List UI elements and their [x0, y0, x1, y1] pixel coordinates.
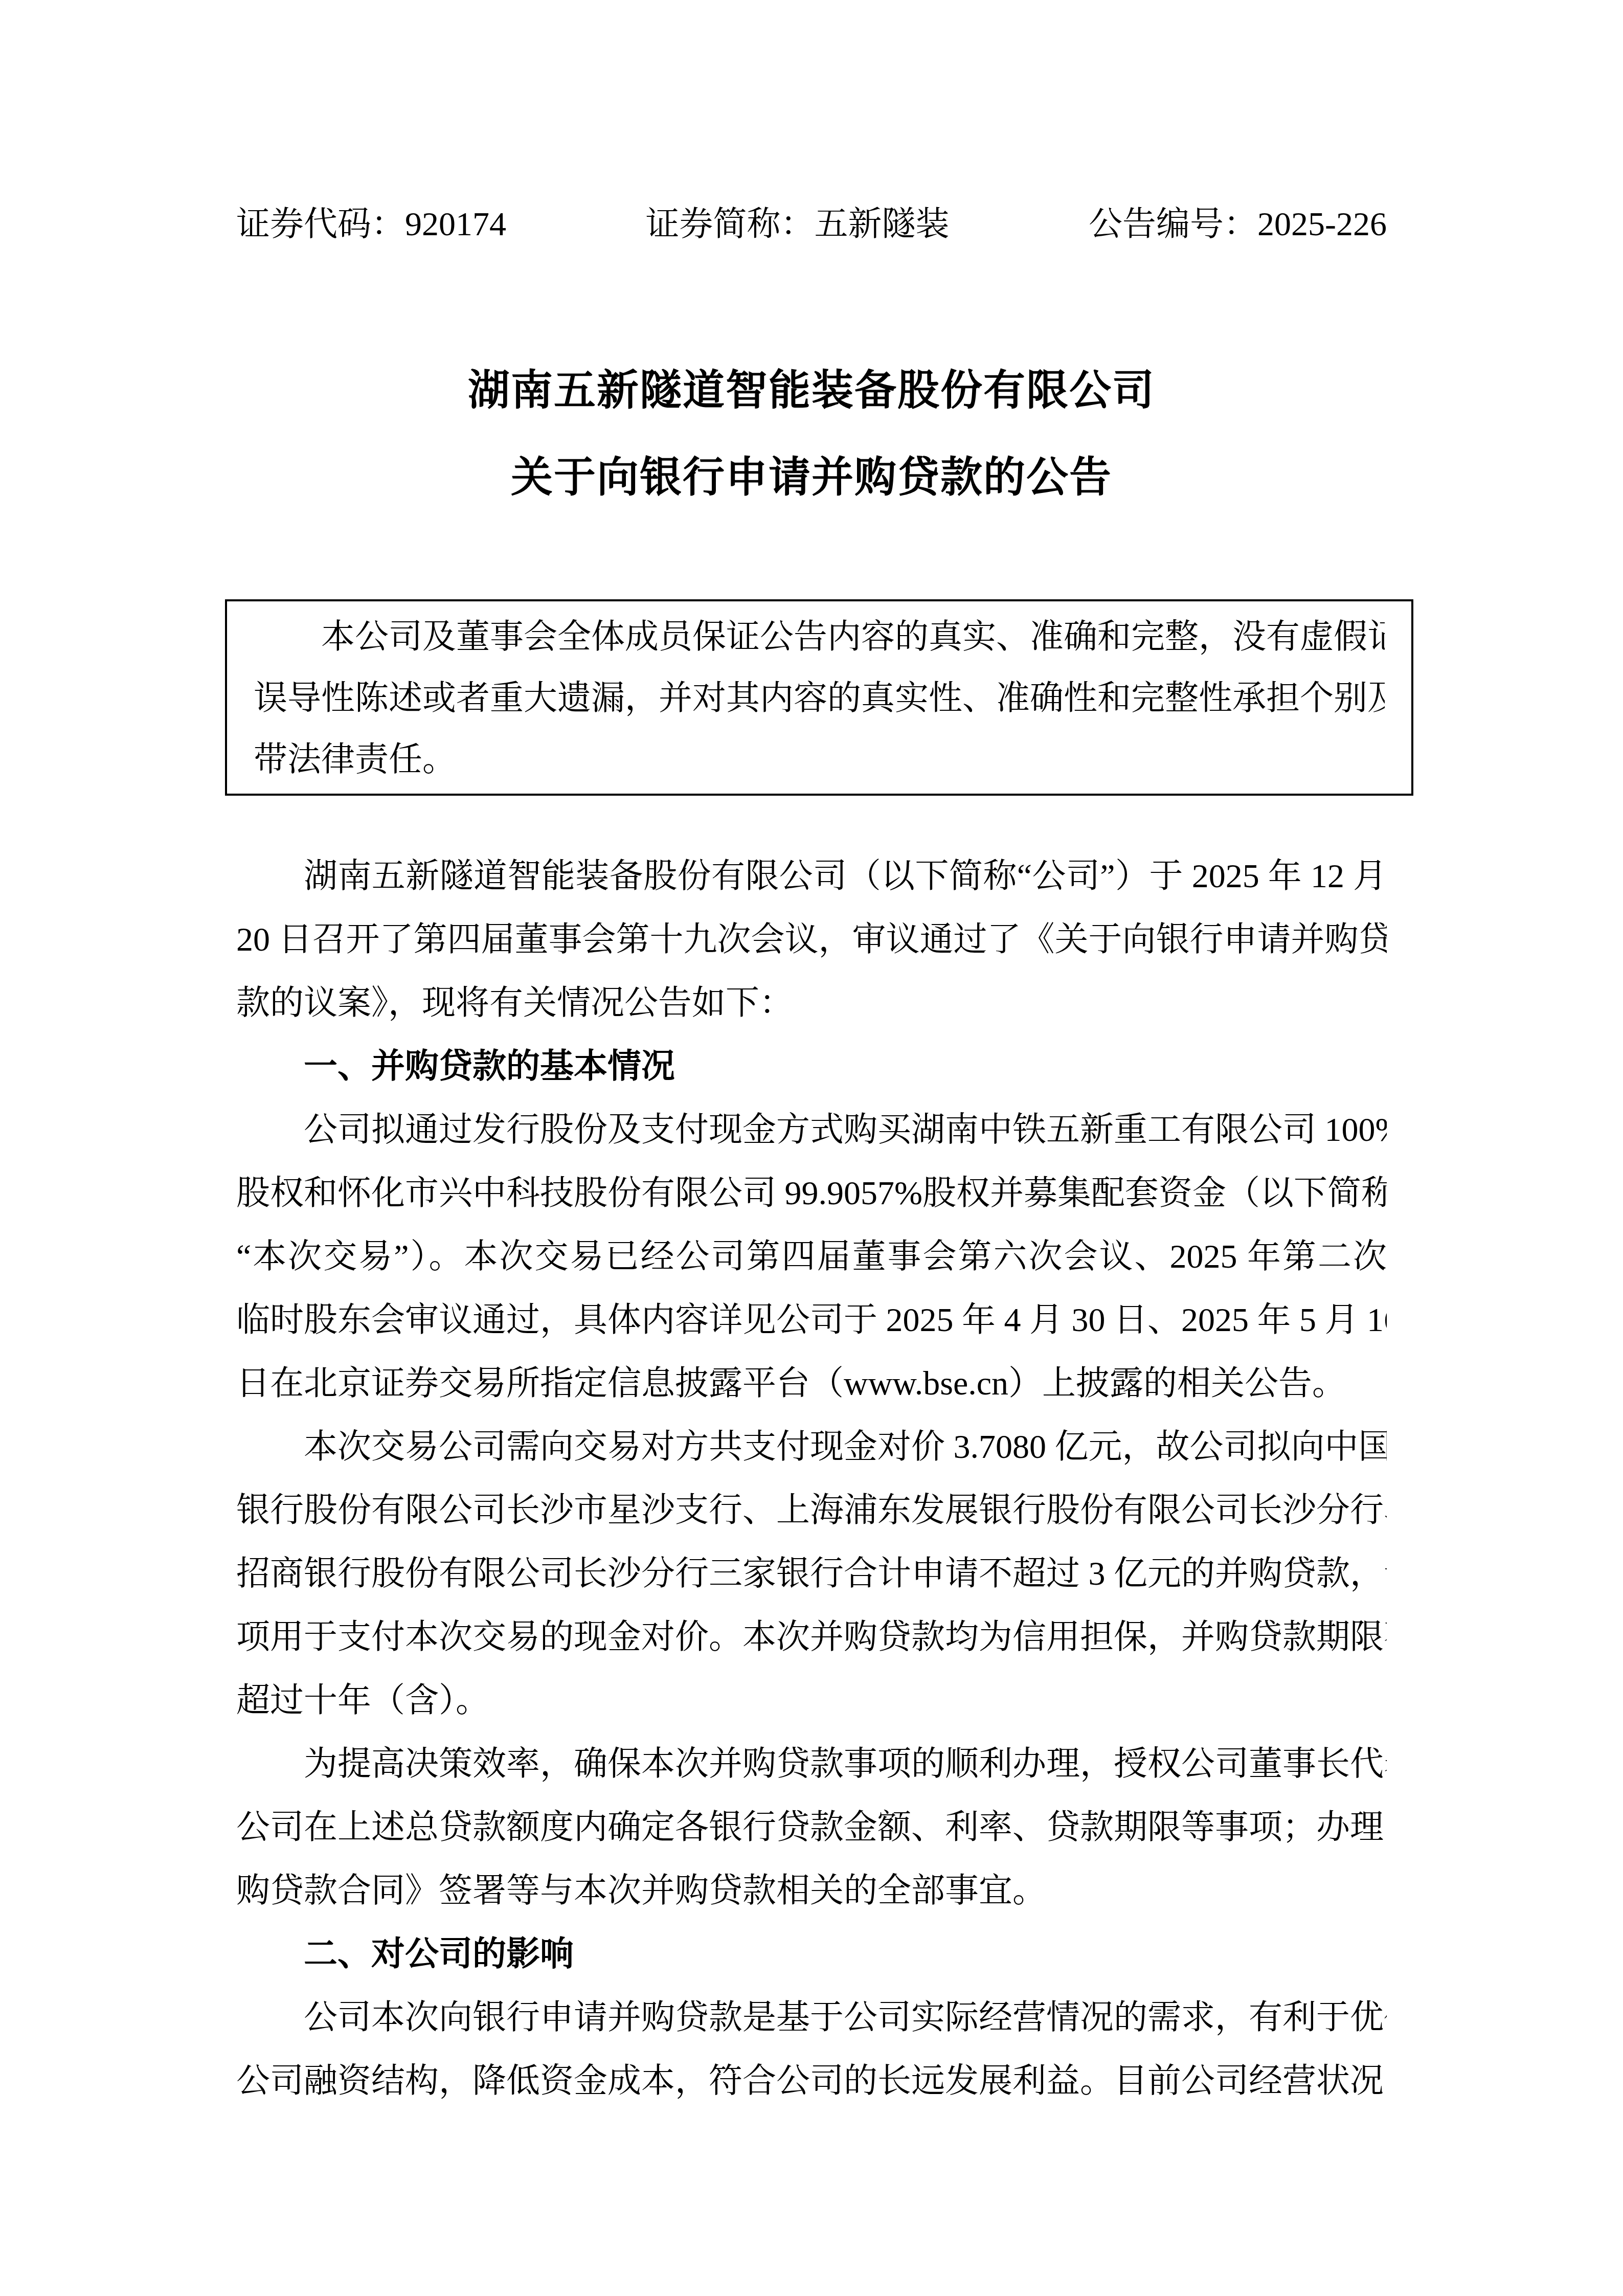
company-title: 湖南五新隧道智能装备股份有限公司 [236, 364, 1387, 417]
body-line: 公司本次向银行申请并购贷款是基于公司实际经营情况的需求，有利于优化 [236, 1986, 1387, 2050]
body-line: 公司在上述总贷款额度内确定各银行贷款金额、利率、贷款期限等事项；办理《并 [236, 1796, 1387, 1859]
stock-abbr-label: 证券简称： [646, 206, 815, 243]
announcement-page: 证券代码：920174 证券简称：五新隧装 公告编号：2025-226 湖南五新… [0, 0, 1623, 2296]
body-line: 20 日召开了第四届董事会第十九次会议，审议通过了《关于向银行申请并购贷 [236, 908, 1387, 972]
stock-code-value: 920174 [405, 206, 506, 243]
body-line: 日在北京证券交易所指定信息披露平台（www.bse.cn）上披露的相关公告。 [236, 1352, 1387, 1415]
stock-code-label: 证券代码： [236, 206, 405, 243]
body-line: 款的议案》，现将有关情况公告如下： [236, 972, 1387, 1035]
body-line: 购贷款合同》签署等与本次并购贷款相关的全部事宜。 [236, 1859, 1387, 1923]
body-line: 本次交易公司需向交易对方共支付现金对价 3.7080 亿元，故公司拟向中国 [236, 1415, 1387, 1479]
page-content: 证券代码：920174 证券简称：五新隧装 公告编号：2025-226 湖南五新… [236, 0, 1387, 2113]
body-line: 二、对公司的影响 [236, 1923, 1387, 1986]
body-line: “本次交易”）。本次交易已经公司第四届董事会第六次会议、2025 年第二次 [236, 1225, 1387, 1289]
body-line: 湖南五新隧道智能装备股份有限公司（以下简称“公司”）于 2025 年 12 月 [236, 845, 1387, 908]
body-line: 临时股东会审议通过，具体内容详见公司于 2025 年 4 月 30 日、2025… [236, 1289, 1387, 1352]
body-line: 超过十年（含）。 [236, 1669, 1387, 1732]
body-line: 股权和怀化市兴中科技股份有限公司 99.9057%股权并募集配套资金（以下简称 [236, 1162, 1387, 1225]
disclaimer-box: 本公司及董事会全体成员保证公告内容的真实、准确和完整，没有虚假记载、误导性陈述或… [225, 599, 1413, 796]
disclaimer-line: 误导性陈述或者重大遗漏，并对其内容的真实性、准确性和完整性承担个别及连 [254, 668, 1385, 729]
announcement-title: 关于向银行申请并购贷款的公告 [236, 451, 1387, 504]
body-line: 一、并购贷款的基本情况 [236, 1035, 1387, 1098]
stock-abbr: 证券简称：五新隧装 [646, 204, 950, 245]
body-line: 银行股份有限公司长沙市星沙支行、上海浦东发展银行股份有限公司长沙分行、 [236, 1479, 1387, 1542]
stock-abbr-value: 五新隧装 [815, 206, 950, 243]
disclaimer-line: 本公司及董事会全体成员保证公告内容的真实、准确和完整，没有虚假记载、 [254, 606, 1385, 668]
body-line: 招商银行股份有限公司长沙分行三家银行合计申请不超过 3 亿元的并购贷款，专 [236, 1542, 1387, 1606]
body-line: 公司拟通过发行股份及支付现金方式购买湖南中铁五新重工有限公司 100% [236, 1098, 1387, 1162]
announcement-no-value: 2025-226 [1257, 206, 1387, 243]
body-line: 为提高决策效率，确保本次并购贷款事项的顺利办理，授权公司董事长代表 [236, 1732, 1387, 1796]
disclaimer-line: 带法律责任。 [254, 729, 1385, 791]
stock-code: 证券代码：920174 [236, 204, 506, 245]
announcement-no-label: 公告编号： [1089, 206, 1257, 243]
document-header: 证券代码：920174 证券简称：五新隧装 公告编号：2025-226 [236, 0, 1387, 245]
announcement-no: 公告编号：2025-226 [1089, 204, 1387, 245]
body-line: 项用于支付本次交易的现金对价。本次并购贷款均为信用担保，并购贷款期限不 [236, 1606, 1387, 1669]
body-text: 湖南五新隧道智能装备股份有限公司（以下简称“公司”）于 2025 年 12 月2… [236, 845, 1387, 2113]
body-line: 公司融资结构，降低资金成本，符合公司的长远发展利益。目前公司经营状况良 [236, 2050, 1387, 2113]
